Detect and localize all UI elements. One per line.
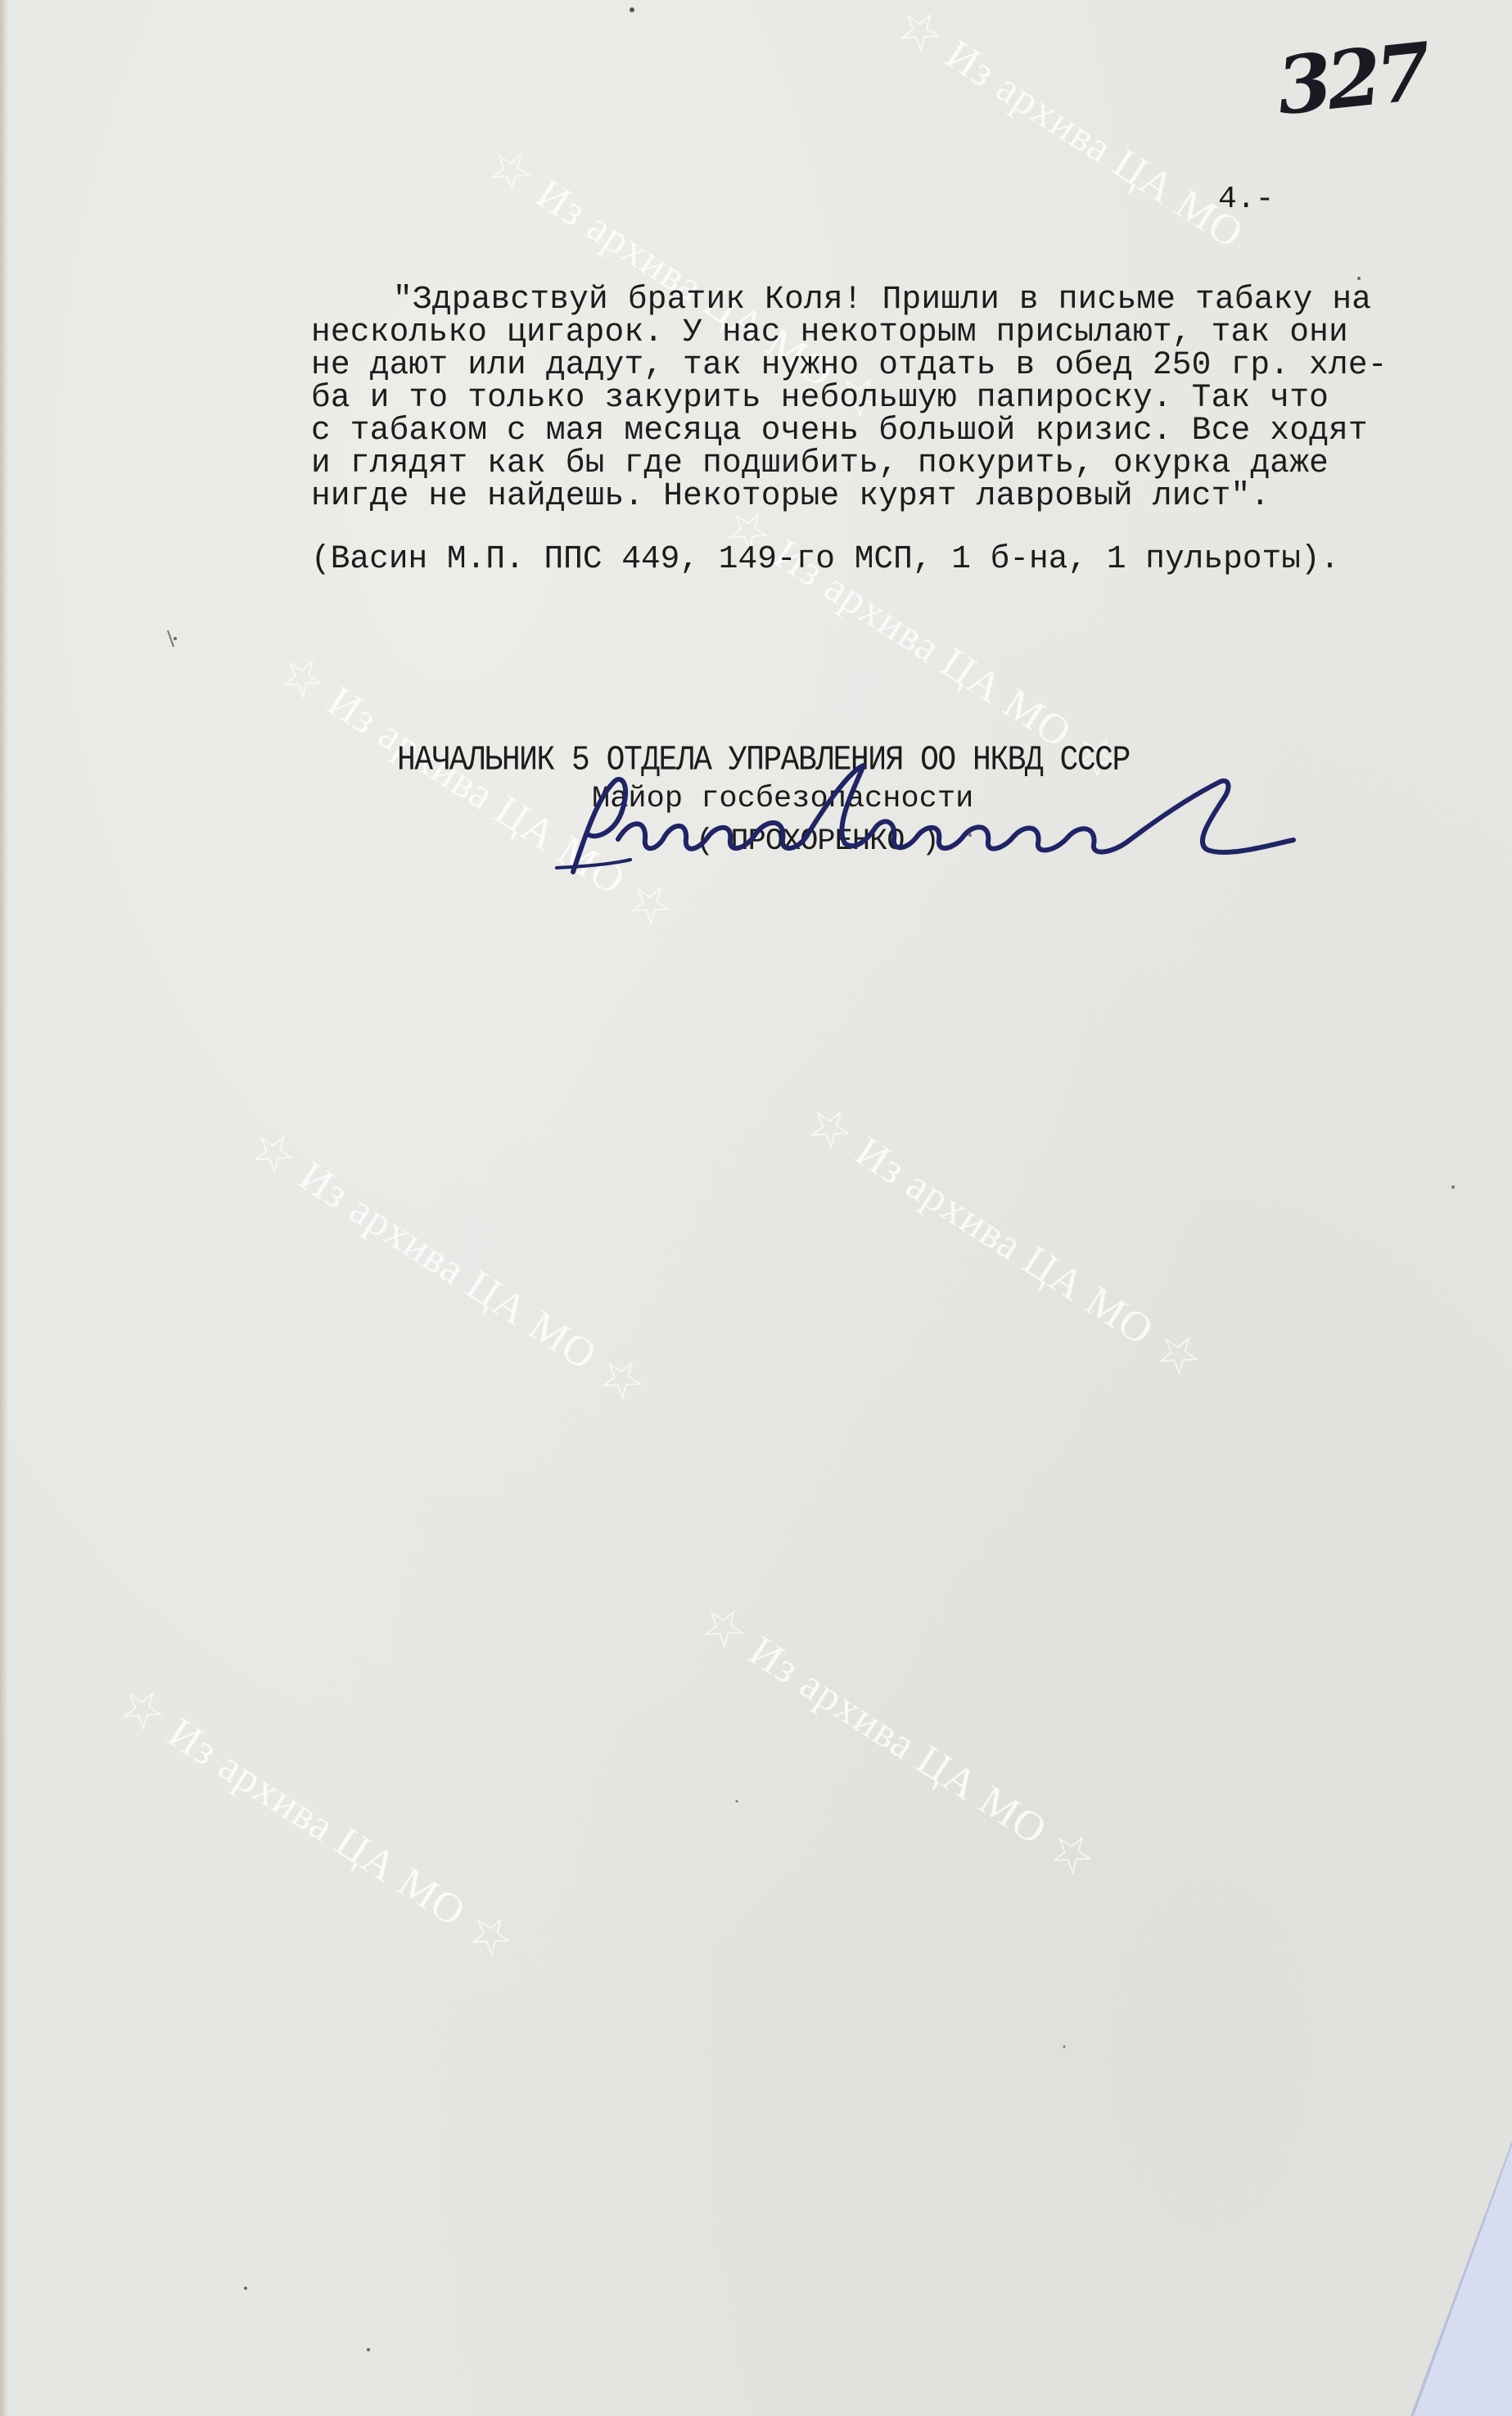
- page-number: 4.-: [1218, 182, 1274, 217]
- star-outline-icon: ☆: [457, 1900, 526, 1970]
- star-outline-icon: ☆: [690, 1592, 759, 1662]
- letter-line: несколько цигарок. У нас некоторым присы…: [311, 316, 1474, 349]
- star-outline-icon: ☆: [109, 1674, 178, 1744]
- star-outline-icon: ☆: [588, 1343, 657, 1413]
- star-outline-icon: ☆: [1144, 1319, 1213, 1389]
- handwritten-signature: [540, 761, 1490, 884]
- star-outline-icon: ☆: [477, 135, 546, 205]
- star-outline-icon: ☆: [1038, 1818, 1107, 1888]
- page-edge-shadow: [0, 0, 8, 2416]
- letter-quote: "Здравствуй братик Коля! Пришли в письме…: [311, 283, 1474, 513]
- letter-attribution: (Васин М.П. ППС 449, 149-го МСП, 1 б-на,…: [311, 540, 1339, 577]
- star-outline-icon: ☆: [887, 0, 955, 66]
- letter-line: и глядят как бы где подшибить, покурить,…: [311, 447, 1474, 480]
- star-outline-icon: ☆: [269, 643, 337, 712]
- watermark: ☆ Из архива ЦА МО ☆: [240, 1118, 657, 1414]
- letter-line: не дают или дадут, так нужно отдать в об…: [311, 349, 1474, 382]
- watermark: ☆ Из архива ЦА МО ☆: [797, 1093, 1213, 1389]
- folio-number: 327: [1273, 25, 1431, 133]
- watermark: ☆ Из архива ЦА МО ☆: [690, 1592, 1107, 1889]
- folded-corner: [1414, 2146, 1512, 2416]
- star-outline-icon: ☆: [240, 1118, 309, 1187]
- document-page: ☆ Из архива ЦА МО ☆ Из архива ЦА МО ☆ ☆ …: [0, 0, 1512, 2416]
- star-outline-icon: ☆: [797, 1093, 865, 1163]
- watermark: ☆ Из архива ЦА МО: [887, 0, 1254, 260]
- letter-line: с табаком с мая месяца очень большой кри…: [311, 414, 1474, 447]
- letter-line: "Здравствуй братик Коля! Пришли в письме…: [311, 283, 1474, 316]
- watermark: ☆ Из архива ЦА МО ☆: [109, 1674, 526, 1971]
- letter-line: нигде не найдешь. Некоторые курят лавров…: [311, 480, 1474, 513]
- letter-line: ба и то только закурить небольшую папиро…: [311, 382, 1474, 414]
